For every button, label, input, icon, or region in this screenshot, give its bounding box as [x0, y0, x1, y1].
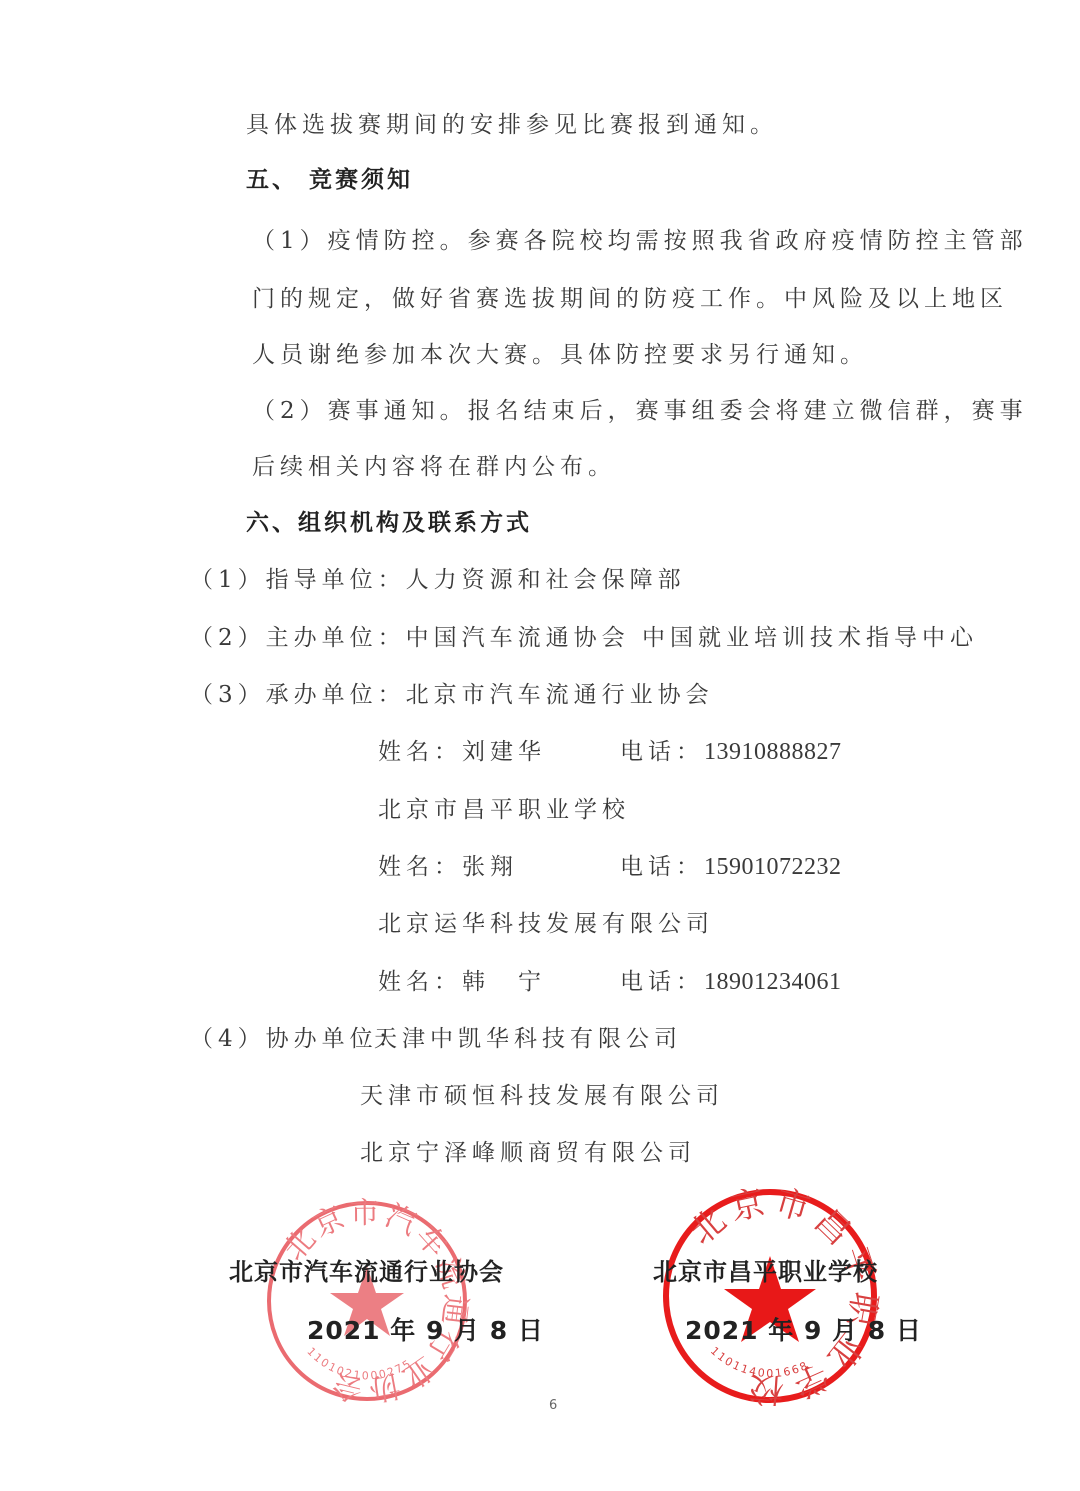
phone-label: 电话： [620, 854, 704, 880]
contact-name-3: 姓名：韩 宁 [378, 967, 546, 997]
phone-number: 15901072232 [704, 854, 842, 880]
signature-date: 2021 年 9 月 8 日 [229, 1311, 544, 1347]
signature-association: 北京市汽车流通行业协会 2021 年 9 月 8 日 [229, 1252, 544, 1347]
section6-heading: 六、组织机构及联系方式 [246, 508, 532, 538]
phone-label: 电话： [620, 739, 704, 765]
section5-item2-line1: （2）赛事通知。报名结束后，赛事组委会将建立微信群，赛事 [252, 396, 1028, 426]
section5-item1-line1: （1）疫情防控。参赛各院校均需按照我省政府疫情防控主管部 [252, 226, 1028, 256]
signature-date: 2021 年 9 月 8 日 [653, 1311, 922, 1347]
intro-line: 具体选拔赛期间的安排参见比赛报到通知。 [246, 110, 778, 140]
page-number: 6 [549, 1398, 557, 1413]
host-unit: （2）主办单位：中国汽车流通协会 中国就业培训技术指导中心 [190, 623, 978, 653]
co-organizer-3: 北京宁泽峰顺商贸有限公司 [360, 1138, 696, 1168]
contact-name-1: 姓名：刘建华 [378, 737, 546, 767]
signature-org: 北京市昌平职业学校 [653, 1252, 922, 1287]
section5-item1-line2: 门的规定，做好省赛选拔期间的防疫工作。中风险及以上地区 [252, 284, 1008, 314]
section5-item2-line2: 后续相关内容将在群内公布。 [252, 452, 616, 482]
contact-org-3: 北京运华科技发展有限公司 [378, 909, 714, 939]
co-organizer-2: 天津市硕恒科技发展有限公司 [360, 1081, 724, 1111]
svg-text:1101021000275: 1101021000275 [304, 1345, 414, 1382]
contact-name-2: 姓名：张翔 [378, 852, 518, 882]
signature-org: 北京市汽车流通行业协会 [229, 1252, 544, 1287]
phone-label: 电话： [620, 969, 704, 995]
phone-number: 18901234061 [704, 969, 842, 995]
section5-heading: 五、 竞赛须知 [246, 165, 413, 195]
contact-phone-1: 电话：13910888827 [620, 737, 842, 767]
contact-phone-2: 电话：15901072232 [620, 852, 842, 882]
signature-school: 北京市昌平职业学校 2021 年 9 月 8 日 [653, 1252, 922, 1347]
section5-item1-line3: 人员谢绝参加本次大赛。具体防控要求另行通知。 [252, 340, 868, 370]
phone-number: 13910888827 [704, 739, 842, 765]
contact-phone-3: 电话：18901234061 [620, 967, 842, 997]
organizer-unit: （3）承办单位：北京市汽车流通行业协会 [190, 680, 714, 710]
guide-unit: （1）指导单位：人力资源和社会保障部 [190, 565, 686, 595]
svg-text:110114001668: 110114001668 [708, 1344, 811, 1380]
contact-org-2: 北京市昌平职业学校 [378, 795, 630, 825]
co-organizer-1: 天津中凯华科技有限公司 [374, 1024, 682, 1054]
